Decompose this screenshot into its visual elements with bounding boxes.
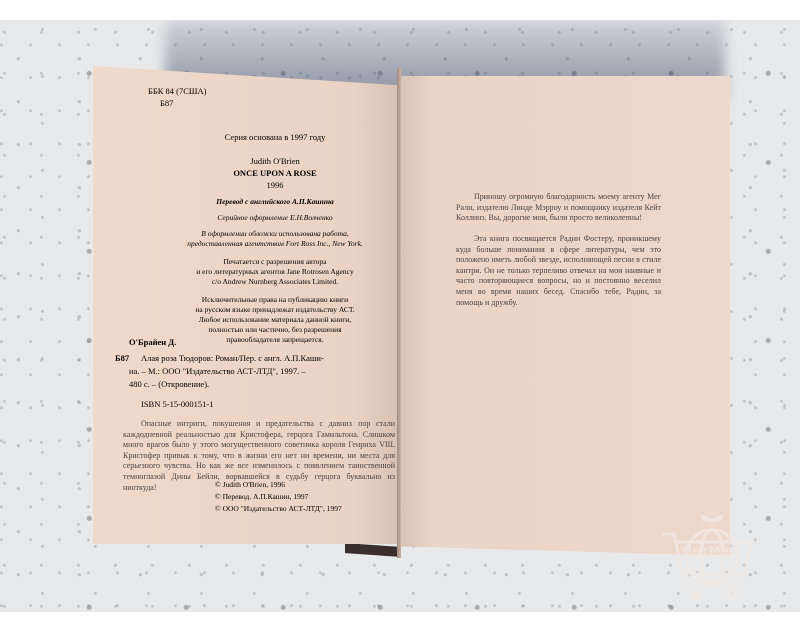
title-en: ONCE UPON A ROSE xyxy=(150,168,400,179)
isbn: ISBN 5-15-000151-1 xyxy=(141,399,213,410)
book-cover-edge xyxy=(345,543,400,557)
cover-credit-2: предоставленная агентством Fort Ross Inc… xyxy=(150,239,400,250)
watermark-text: ИнтМаП xyxy=(682,544,740,558)
shopping-cart-globe-icon xyxy=(662,508,757,608)
catalog-entry-1: Алая роза Тюдоров: Роман/Пер. с англ. А.… xyxy=(141,353,324,364)
rights-3: Любое использование материала данной кни… xyxy=(150,315,400,326)
photo-background: ББК 84 (7США) Б87 Серия основана в 1997 … xyxy=(0,20,800,612)
copyright-2: © Перевод. А.П.Кашин, 1997 xyxy=(215,492,308,503)
rights-1: Исключительные права на публикацию книги xyxy=(150,295,400,306)
classification-bbk: ББК 84 (7США) xyxy=(148,86,206,97)
dedication: Эта книга посвящается Радин Фостеру, про… xyxy=(456,234,661,308)
permission-2: и его литературных агентов Jane Rotrosen… xyxy=(150,267,400,278)
translator: Перевод с английского А.П.Кашина xyxy=(150,197,400,208)
catalog-entry-3: 480 с. – (Откровение). xyxy=(129,379,209,390)
designer: Серийное оформление Е.Н.Волченко xyxy=(150,213,400,224)
cover-credit-1: В оформлении обложки использована работа… xyxy=(150,229,400,240)
catalog-code: Б87 xyxy=(115,353,129,364)
year-en: 1996 xyxy=(150,180,400,191)
rights-2: на русском языке принадлежат издательств… xyxy=(150,305,400,316)
watermark: ИнтМаП xyxy=(662,508,757,608)
right-page xyxy=(400,76,730,556)
author-en: Judith O'Brien xyxy=(150,156,400,167)
classification-code: Б87 xyxy=(160,98,173,109)
permission-1: Печатается с разрешения автора xyxy=(150,257,400,268)
catalog-author: О'Брайен Д. xyxy=(129,337,176,348)
rights-5: правообладателя запрещается. xyxy=(150,335,400,346)
series-note: Серия основана в 1997 году xyxy=(150,132,400,143)
acknowledgement: Приношу огромную благодарность моему аге… xyxy=(456,192,661,224)
permission-3: c/o Andrew Nurnberg Associates Limited. xyxy=(150,277,400,288)
copyright-3: © ООО "Издательство АСТ-ЛТД", 1997 xyxy=(215,504,342,515)
catalog-entry-2: на. – М.: ООО "Издательство АСТ-ЛТД", 19… xyxy=(129,366,306,377)
rights-4: полностью или частично, без разрешения xyxy=(150,325,400,336)
copyright-1: © Judith O'Brien, 1996 xyxy=(215,480,285,491)
